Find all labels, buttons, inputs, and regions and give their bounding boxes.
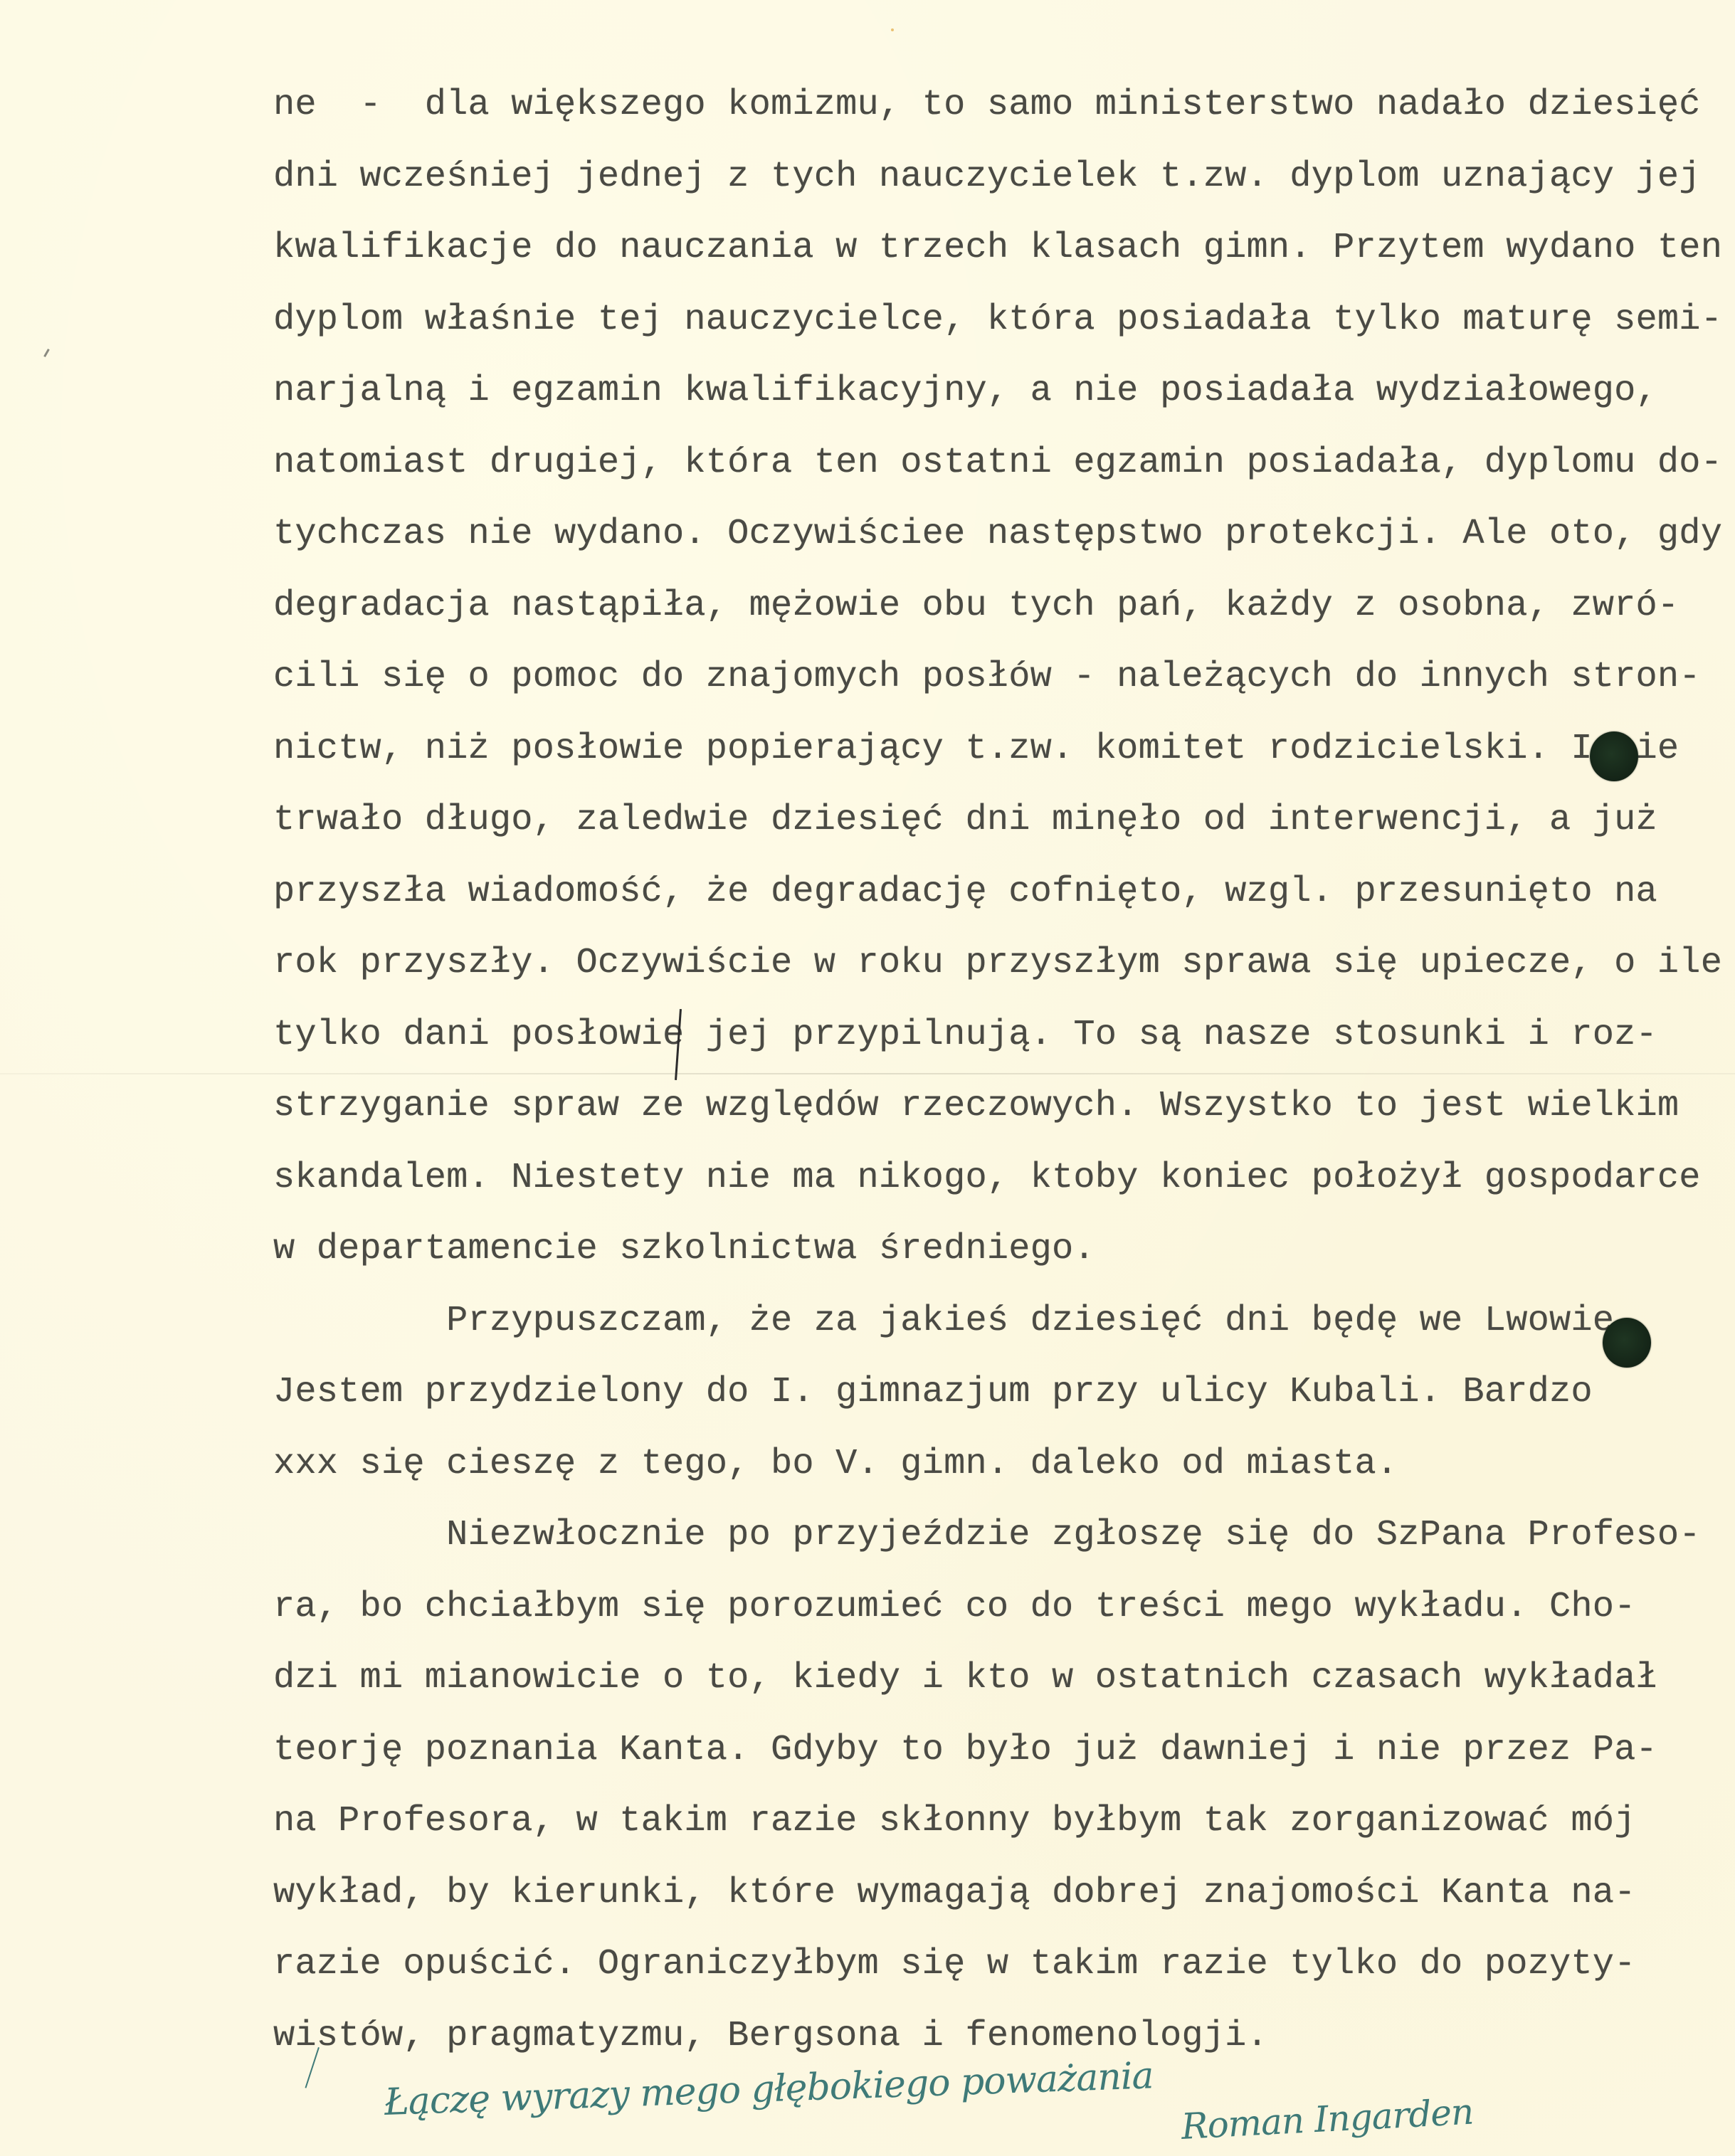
typed-line: teorję poznania Kanta. Gdyby to było już… (273, 1729, 1657, 1772)
typed-line: wykład, by kierunki, które wymagają dobr… (273, 1872, 1636, 1915)
typed-line: skandalem. Niestety nie ma nikogo, ktoby… (273, 1157, 1701, 1200)
typed-line: strzyganie spraw ze względów rzeczowych.… (273, 1085, 1679, 1128)
typed-line: trwało długo, zaledwie dziesięć dni minę… (273, 799, 1657, 842)
typed-line: w departamencie szkolnictwa średniego. (273, 1228, 1095, 1271)
paper-fold-line (0, 1073, 1735, 1074)
typed-line: rok przyszły. Oczywiście w roku przyszły… (273, 942, 1722, 985)
typed-line: degradacja nastąpiła, mężowie obu tych p… (273, 585, 1679, 628)
typed-line: razie opuścić. Ograniczyłbym się w takim… (273, 1943, 1636, 1986)
typed-line: ra, bo chciałbym się porozumieć co do tr… (273, 1586, 1636, 1629)
typed-line: natomiast drugiej, która ten ostatni egz… (273, 442, 1722, 485)
typed-line: przyszła wiadomość, że degradację cofnię… (273, 871, 1657, 914)
typed-line: Przypuszczam, że za jakieś dziesięć dni … (273, 1300, 1636, 1343)
typed-line: dyplom właśnie tej nauczycielce, która p… (273, 299, 1722, 342)
typed-line: tylko dani posłowie jej przypilnują. To … (273, 1014, 1657, 1057)
typed-line: kwalifikacje do nauczania w trzech klasa… (273, 227, 1722, 270)
typed-line: Niezwłocznie po przyjeździe zgłoszę się … (273, 1514, 1701, 1557)
punch-hole (1590, 731, 1638, 781)
paper-speck (891, 28, 894, 31)
punch-hole (1603, 1318, 1651, 1368)
typed-line: xxx się cieszę z tego, bo V. gimn. dalek… (273, 1443, 1398, 1486)
typed-line: tychczas nie wydano. Oczywiściee następs… (273, 513, 1722, 556)
typed-line: na Profesora, w takim razie skłonny byłb… (273, 1800, 1636, 1843)
typed-line: dzi mi mianowicie o to, kiedy i kto w os… (273, 1657, 1657, 1700)
typed-line: dni wcześniej jednej z tych nauczycielek… (273, 156, 1701, 199)
typed-line: Jestem przydzielony do I. gimnazjum przy… (273, 1371, 1593, 1414)
typed-line: cili się o pomoc do znajomych posłów - n… (273, 656, 1701, 699)
typed-line: narjalną i egzamin kwalifikacyjny, a nie… (273, 370, 1657, 413)
typed-line: ne - dla większego komizmu, to samo mini… (273, 84, 1701, 127)
typed-line: wistów, pragmatyzmu, Bergsona i fenomeno… (273, 2015, 1268, 2058)
typed-line: nictw, niż posłowie popierający t.zw. ko… (273, 728, 1679, 771)
